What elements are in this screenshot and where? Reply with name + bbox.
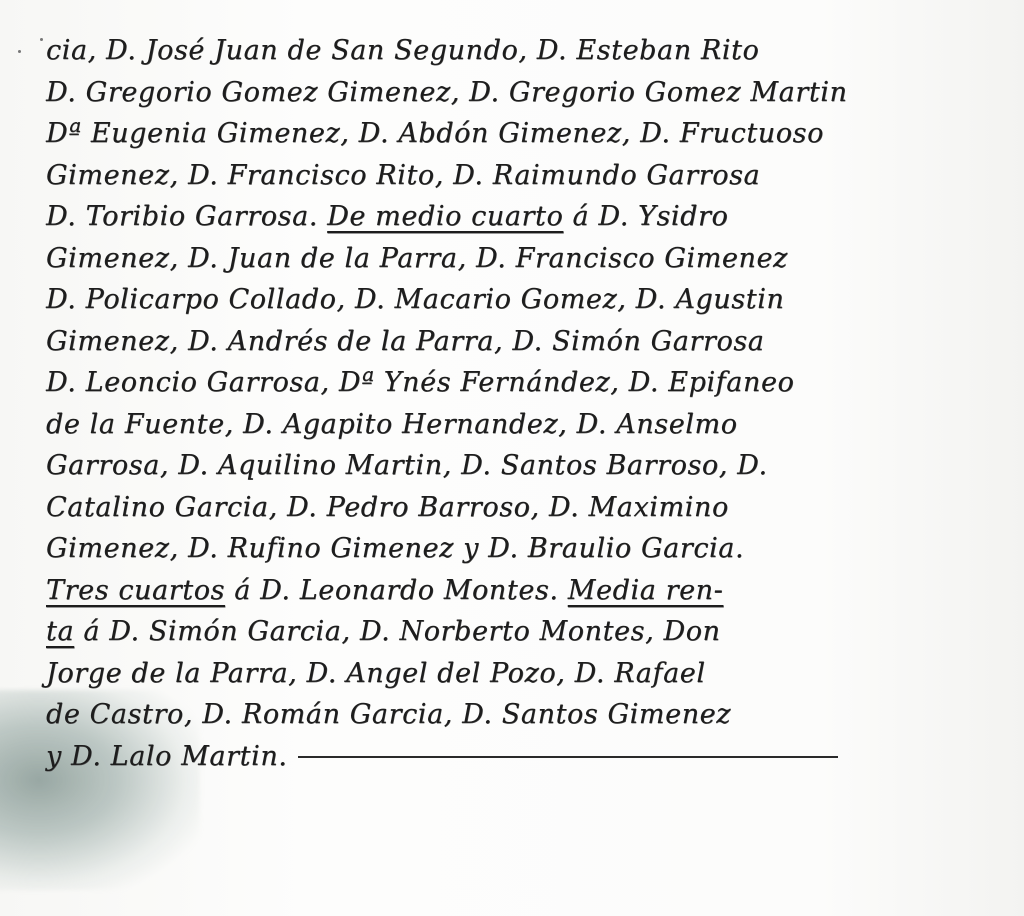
text-line-18: y D. Lalo Martin. <box>46 736 976 778</box>
speck <box>40 38 43 41</box>
line-text: Catalino Garcia, D. Pedro Barroso, D. Ma… <box>46 492 729 523</box>
line-text: y D. Lalo Martin. <box>46 741 288 772</box>
speck <box>18 50 21 53</box>
text-line-17: de Castro, D. Román Garcia, D. Santos Gi… <box>46 694 976 736</box>
line-text: D. Toribio Garrosa. <box>46 201 327 232</box>
line-text: á D. Simón Garcia, D. Norberto Montes, D… <box>74 616 720 647</box>
text-line-8: Gimenez, D. Andrés de la Parra, D. Simón… <box>46 321 976 363</box>
line-text: á D. Leonardo Montes. <box>225 575 568 606</box>
text-line-14: Tres cuartos á D. Leonardo Montes. Media… <box>46 570 976 612</box>
text-line-1: cia, D. José Juan de San Segundo, D. Est… <box>46 30 976 72</box>
text-line-16: Jorge de la Parra, D. Angel del Pozo, D.… <box>46 653 976 695</box>
line-text: de la Fuente, D. Agapito Hernandez, D. A… <box>46 409 738 440</box>
line-text: Jorge de la Parra, D. Angel del Pozo, D.… <box>46 658 706 689</box>
text-line-15: ta á D. Simón Garcia, D. Norberto Montes… <box>46 611 976 653</box>
section-heading-media-renta-cont: ta <box>46 616 74 647</box>
line-text: á D. Ysidro <box>563 201 728 232</box>
line-text: Gimenez, D. Francisco Rito, D. Raimundo … <box>46 160 760 191</box>
text-line-3: Dª Eugenia Gimenez, D. Abdón Gimenez, D.… <box>46 113 976 155</box>
text-line-11: Garrosa, D. Aquilino Martin, D. Santos B… <box>46 445 976 487</box>
line-text: Gimenez, D. Andrés de la Parra, D. Simón… <box>46 326 764 357</box>
line-text: Dª Eugenia Gimenez, D. Abdón Gimenez, D.… <box>46 118 824 149</box>
section-heading-tres-cuartos: Tres cuartos <box>46 575 225 606</box>
text-line-4: Gimenez, D. Francisco Rito, D. Raimundo … <box>46 155 976 197</box>
text-line-7: D. Policarpo Collado, D. Macario Gomez, … <box>46 279 976 321</box>
section-heading-medio-cuarto: De medio cuarto <box>327 201 563 232</box>
text-line-5: D. Toribio Garrosa. De medio cuarto á D.… <box>46 196 976 238</box>
end-of-entry-rule <box>298 756 838 758</box>
line-text: D. Leoncio Garrosa, Dª Ynés Fernández, D… <box>46 367 794 398</box>
line-text: D. Gregorio Gomez Gimenez, D. Gregorio G… <box>46 77 848 108</box>
section-heading-media-renta: Media ren- <box>568 575 724 606</box>
line-text: Gimenez, D. Juan de la Parra, D. Francis… <box>46 243 788 274</box>
text-line-2: D. Gregorio Gomez Gimenez, D. Gregorio G… <box>46 72 976 114</box>
line-text: Gimenez, D. Rufino Gimenez y D. Braulio … <box>46 533 744 564</box>
text-line-10: de la Fuente, D. Agapito Hernandez, D. A… <box>46 404 976 446</box>
line-text: de Castro, D. Román Garcia, D. Santos Gi… <box>46 699 731 730</box>
line-text: cia, D. José Juan de San Segundo, D. Est… <box>46 35 759 66</box>
text-line-6: Gimenez, D. Juan de la Parra, D. Francis… <box>46 238 976 280</box>
cut-off-next-line <box>30 906 990 916</box>
text-line-12: Catalino Garcia, D. Pedro Barroso, D. Ma… <box>46 487 976 529</box>
text-line-9: D. Leoncio Garrosa, Dª Ynés Fernández, D… <box>46 362 976 404</box>
text-line-13: Gimenez, D. Rufino Gimenez y D. Braulio … <box>46 528 976 570</box>
line-text: Garrosa, D. Aquilino Martin, D. Santos B… <box>46 450 768 481</box>
manuscript-page: cia, D. José Juan de San Segundo, D. Est… <box>0 0 1024 916</box>
manuscript-text: cia, D. José Juan de San Segundo, D. Est… <box>46 30 976 777</box>
line-text: D. Policarpo Collado, D. Macario Gomez, … <box>46 284 784 315</box>
